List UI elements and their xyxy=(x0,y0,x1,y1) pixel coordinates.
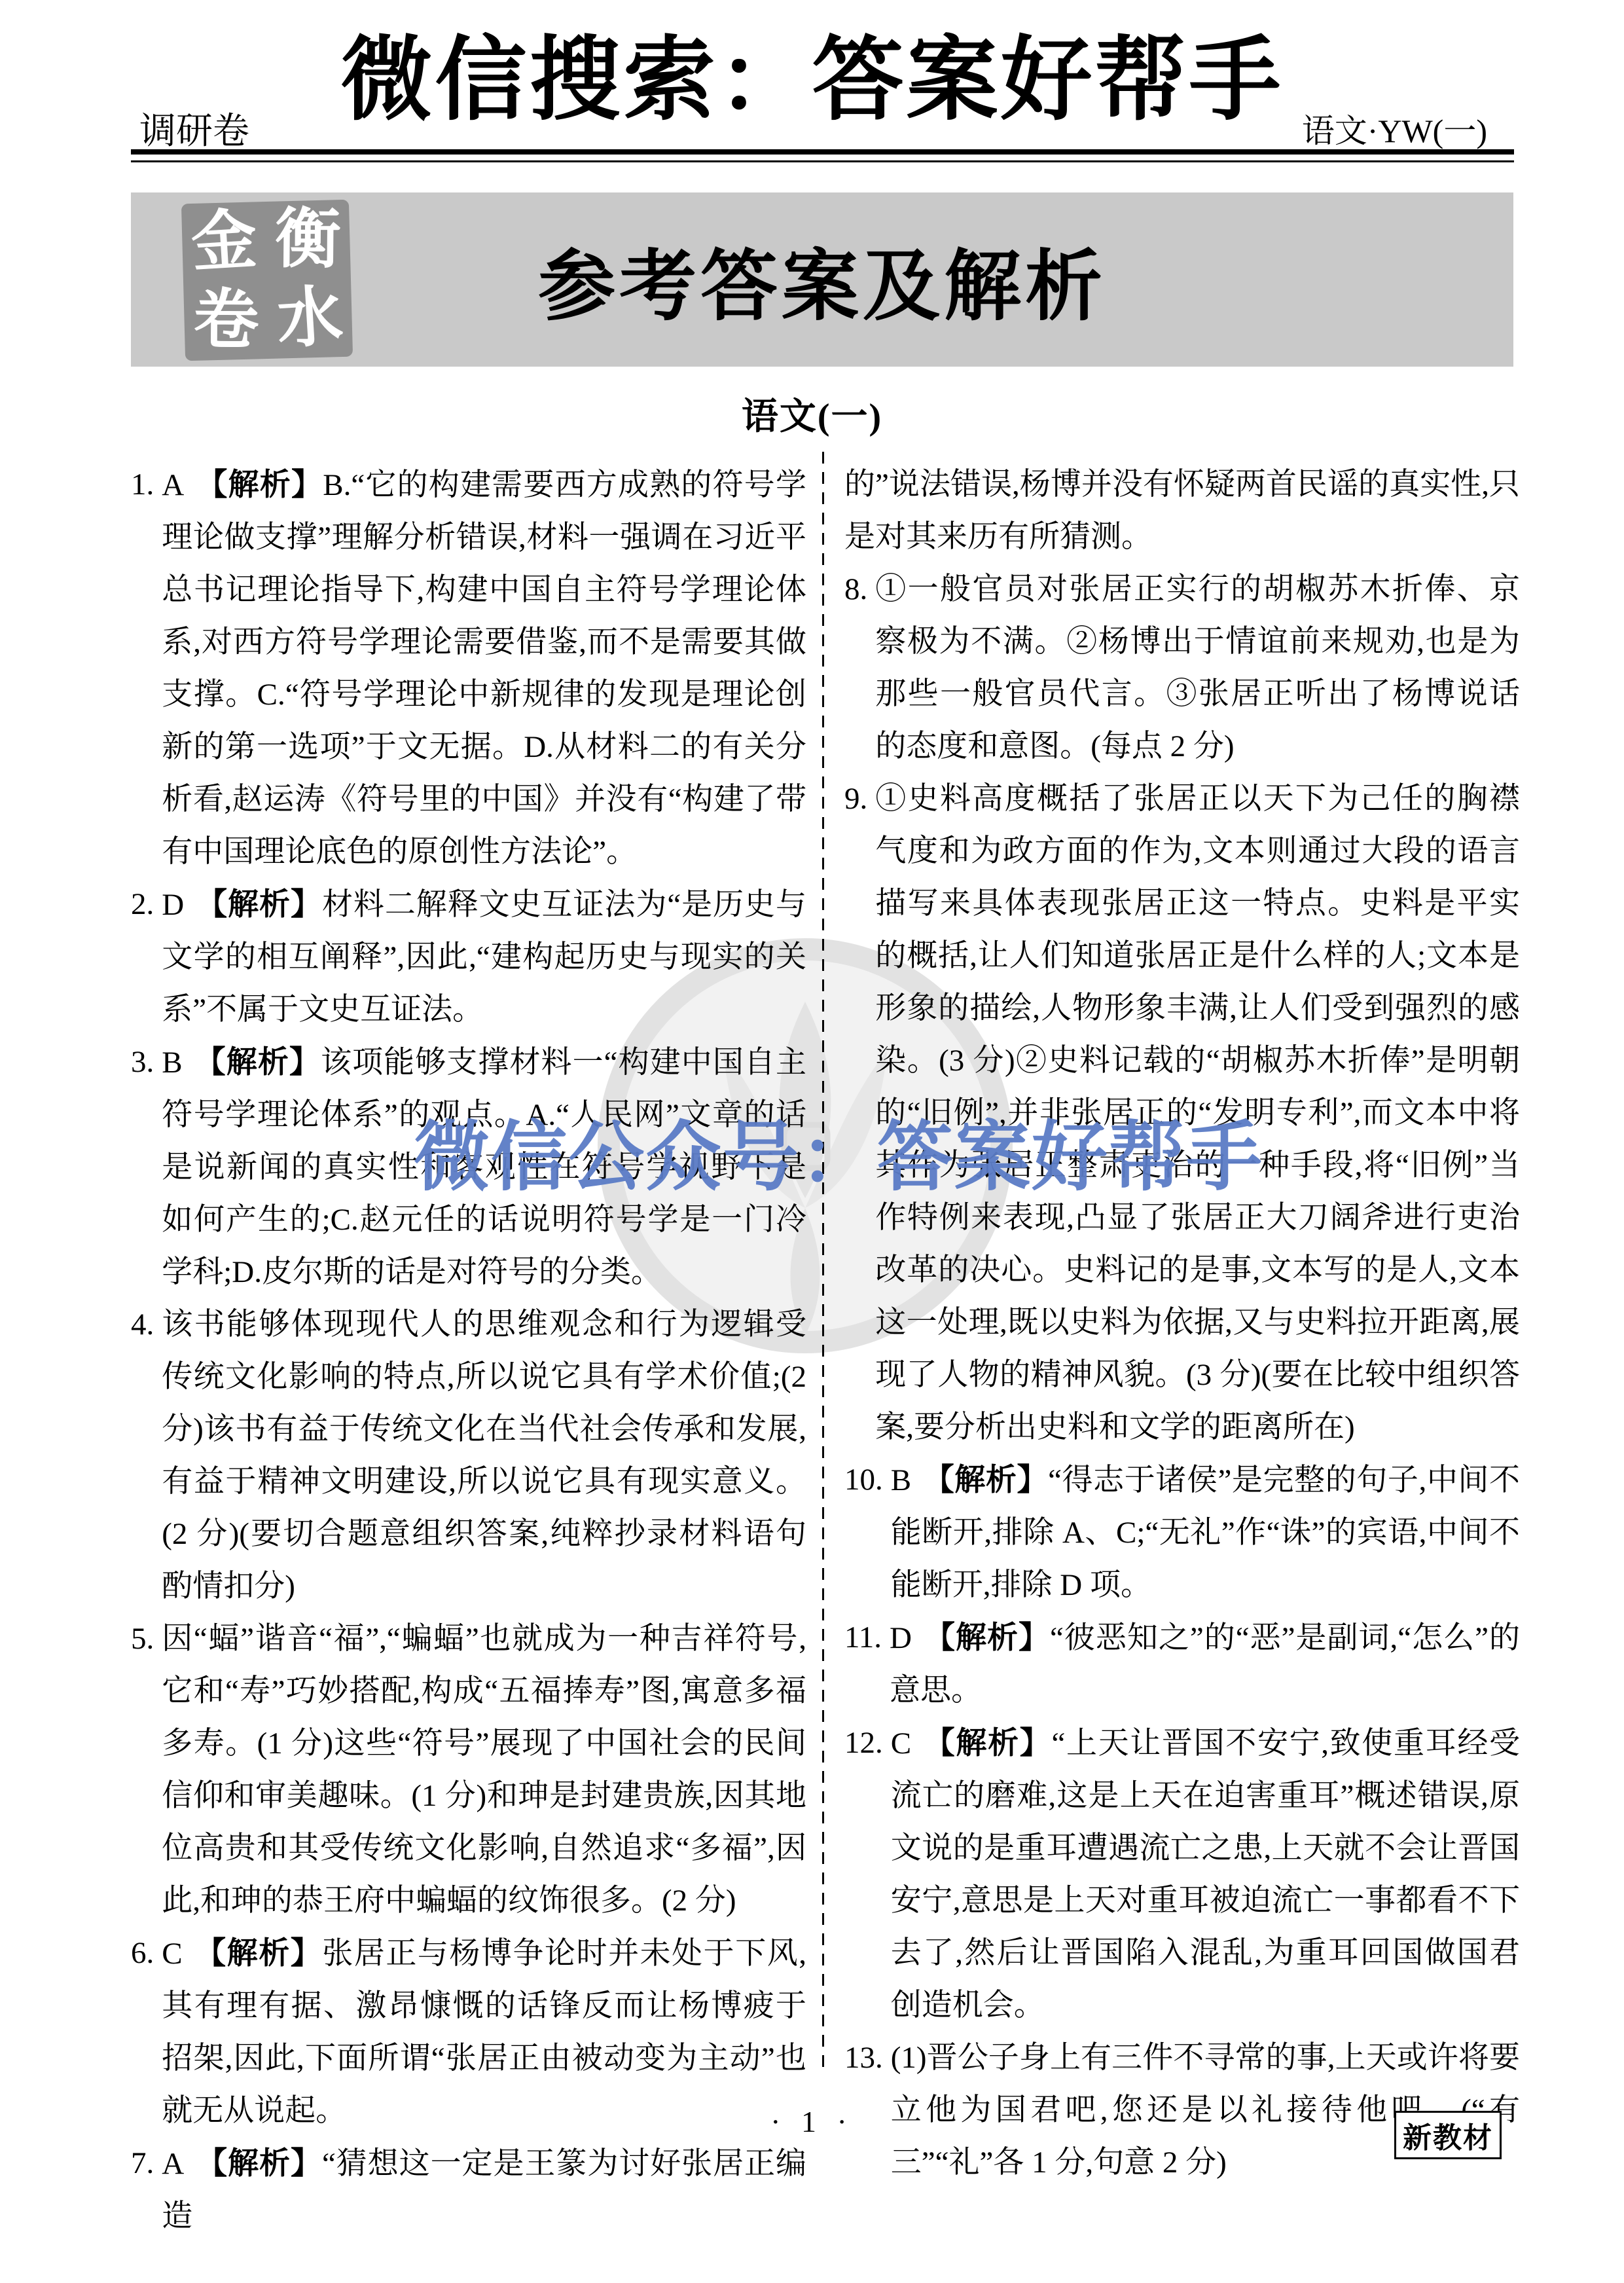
item-number: 6. xyxy=(131,1927,154,1979)
analysis-tag: 【解析】 xyxy=(196,467,323,502)
paper-type-label: 调研卷 xyxy=(139,102,249,155)
answers-banner-title: 参考答案及解析 xyxy=(131,192,1513,367)
item-number: 3. xyxy=(131,1036,154,1088)
analysis-tag: 【解析】 xyxy=(196,886,322,921)
item-body: A【解析】B.“它的构建需要西方成熟的符号学理论做支撑”理解分析错误,材料一强调… xyxy=(162,458,806,878)
answer-item: 6. C【解析】张居正与杨博争论时并未处于下风,其有理有据、激昂慷慨的话锋反而让… xyxy=(131,1927,806,2137)
item-body: 该书能够体现现代人的思维观念和行为逻辑受传统文化影响的特点,所以说它具有学术价值… xyxy=(162,1298,806,1613)
item-text: 因“蝠”谐音“福”,“蝙蝠”也就成为一种吉祥符号,它和“寿”巧妙搭配,构成“五福… xyxy=(162,1622,806,1918)
item-body: A【解析】“猜想这一定是王篆为讨好张居正编造 xyxy=(162,2137,806,2242)
item-answer-letter: B xyxy=(891,1463,911,1497)
item-body: C【解析】张居正与杨博争论时并未处于下风,其有理有据、激昂慷慨的话锋反而让杨博疲… xyxy=(162,1927,806,2137)
item-answer-letter: C xyxy=(891,1726,911,1761)
answer-sheet-page: 微信搜索：答案好帮手 调研卷 语文·YW(一) 金 衡 卷 水 参考答案及解析 … xyxy=(0,0,1624,2283)
item-body: (1)晋公子身上有三件不寻常的事,上天或许将要立他为国君吧,您还是以礼接待他吧。… xyxy=(891,2032,1520,2189)
item-body: ①一般官员对张居正实行的胡椒苏木折俸、京察极为不满。②杨博出于情谊前来规劝,也是… xyxy=(875,563,1520,773)
analysis-tag: 【解析】 xyxy=(194,1935,323,1970)
item-number: 7. xyxy=(131,2137,154,2189)
item-number: 4. xyxy=(131,1298,154,1351)
item-body: 的”说法错误,杨博并没有怀疑两首民谣的真实性,只是对其来历有所猜测。 xyxy=(844,458,1520,563)
item-number: 9. xyxy=(844,773,867,825)
item-number: 12. xyxy=(844,1717,883,1769)
item-answer-letter: A xyxy=(162,2147,184,2181)
answer-item: 4. 该书能够体现现代人的思维观念和行为逻辑受传统文化影响的特点,所以说它具有学… xyxy=(131,1298,806,1613)
answer-item: 的”说法错误,杨博并没有怀疑两首民谣的真实性,只是对其来历有所猜测。 xyxy=(844,458,1520,563)
section-title: 语文(一) xyxy=(0,388,1624,440)
answers-column-left: 1. A【解析】B.“它的构建需要西方成熟的符号学理论做支撑”理解分析错误,材料… xyxy=(131,458,806,2242)
analysis-tag: 【解析】 xyxy=(924,1620,1050,1654)
wechat-watermark: 微信公众号：答案好帮手 xyxy=(414,1096,1263,1205)
item-answer-letter: C xyxy=(162,1937,182,1971)
item-body: 因“蝠”谐音“福”,“蝙蝠”也就成为一种吉祥符号,它和“寿”巧妙搭配,构成“五福… xyxy=(162,1613,806,1927)
answer-item: 2. D【解析】材料二解释文史互证法为“是历史与文学的相互阐释”,因此,“建构起… xyxy=(131,878,806,1036)
column-divider xyxy=(822,452,824,2075)
item-number: 1. xyxy=(131,458,154,511)
item-body: D【解析】“彼恶知之”的“恶”是副词,“怎么”的意思。 xyxy=(890,1611,1520,1717)
analysis-tag: 【解析】 xyxy=(923,1725,1051,1760)
answer-item: 5. 因“蝠”谐音“福”,“蝙蝠”也就成为一种吉祥符号,它和“寿”巧妙搭配,构成… xyxy=(131,1613,806,1927)
item-number: 8. xyxy=(844,563,867,615)
item-number: 13. xyxy=(844,2032,883,2084)
item-number: 10. xyxy=(844,1453,883,1506)
item-answer-letter: A xyxy=(162,468,184,502)
answer-item: 12. C【解析】“上天让晋国不安宁,致使重耳经受流亡的磨难,这是上天在迫害重耳… xyxy=(844,1717,1520,2032)
item-text: 的”说法错误,杨博并没有怀疑两首民谣的真实性,只是对其来历有所猜测。 xyxy=(844,467,1520,554)
item-number: 5. xyxy=(131,1613,154,1665)
answers-banner: 金 衡 卷 水 参考答案及解析 xyxy=(131,192,1513,367)
item-answer-letter: B xyxy=(162,1046,182,1080)
header-rule-thin xyxy=(131,160,1514,162)
item-text: ①一般官员对张居正实行的胡椒苏木折俸、京察极为不满。②杨博出于情谊前来规劝,也是… xyxy=(875,572,1520,763)
item-text: “上天让晋国不安宁,致使重耳经受流亡的磨难,这是上天在迫害重耳”概述错误,原文说… xyxy=(891,1726,1520,2022)
header-rule-thick xyxy=(131,149,1514,155)
answer-item: 8. ①一般官员对张居正实行的胡椒苏木折俸、京察极为不满。②杨博出于情谊前来规劝… xyxy=(844,563,1520,773)
item-text: B.“它的构建需要西方成熟的符号学理论做支撑”理解分析错误,材料一强调在习近平总… xyxy=(162,468,806,869)
item-body: B【解析】“得志于诸侯”是完整的句子,中间不能断开,排除 A、C;“无礼”作“诛… xyxy=(891,1453,1520,1611)
subject-code-label: 语文·YW(一) xyxy=(1302,105,1487,152)
item-number: 11. xyxy=(844,1611,882,1664)
answer-item: 11. D【解析】“彼恶知之”的“恶”是副词,“怎么”的意思。 xyxy=(844,1611,1520,1717)
answer-item: 1. A【解析】B.“它的构建需要西方成熟的符号学理论做支撑”理解分析错误,材料… xyxy=(131,458,806,878)
answer-item: 7. A【解析】“猜想这一定是王篆为讨好张居正编造 xyxy=(131,2137,806,2242)
analysis-tag: 【解析】 xyxy=(194,1044,321,1079)
item-text: 该书能够体现现代人的思维观念和行为逻辑受传统文化影响的特点,所以说它具有学术价值… xyxy=(162,1307,806,1603)
item-number: 2. xyxy=(131,878,154,930)
analysis-tag: 【解析】 xyxy=(923,1462,1048,1497)
answers-column-right: 的”说法错误,杨博并没有怀疑两首民谣的真实性,只是对其来历有所猜测。 8. ①一… xyxy=(844,458,1520,2189)
answer-item: 13. (1)晋公子身上有三件不寻常的事,上天或许将要立他为国君吧,您还是以礼接… xyxy=(844,2032,1520,2189)
item-answer-letter: D xyxy=(162,888,184,922)
item-body: C【解析】“上天让晋国不安宁,致使重耳经受流亡的磨难,这是上天在迫害重耳”概述错… xyxy=(891,1717,1520,2032)
item-body: D【解析】材料二解释文史互证法为“是历史与文学的相互阐释”,因此,“建构起历史与… xyxy=(162,878,806,1036)
new-textbook-badge: 新教材 xyxy=(1394,2111,1502,2159)
analysis-tag: 【解析】 xyxy=(196,2146,322,2180)
item-answer-letter: D xyxy=(890,1621,912,1655)
answer-item: 10. B【解析】“得志于诸侯”是完整的句子,中间不能断开,排除 A、C;“无礼… xyxy=(844,1453,1520,1611)
